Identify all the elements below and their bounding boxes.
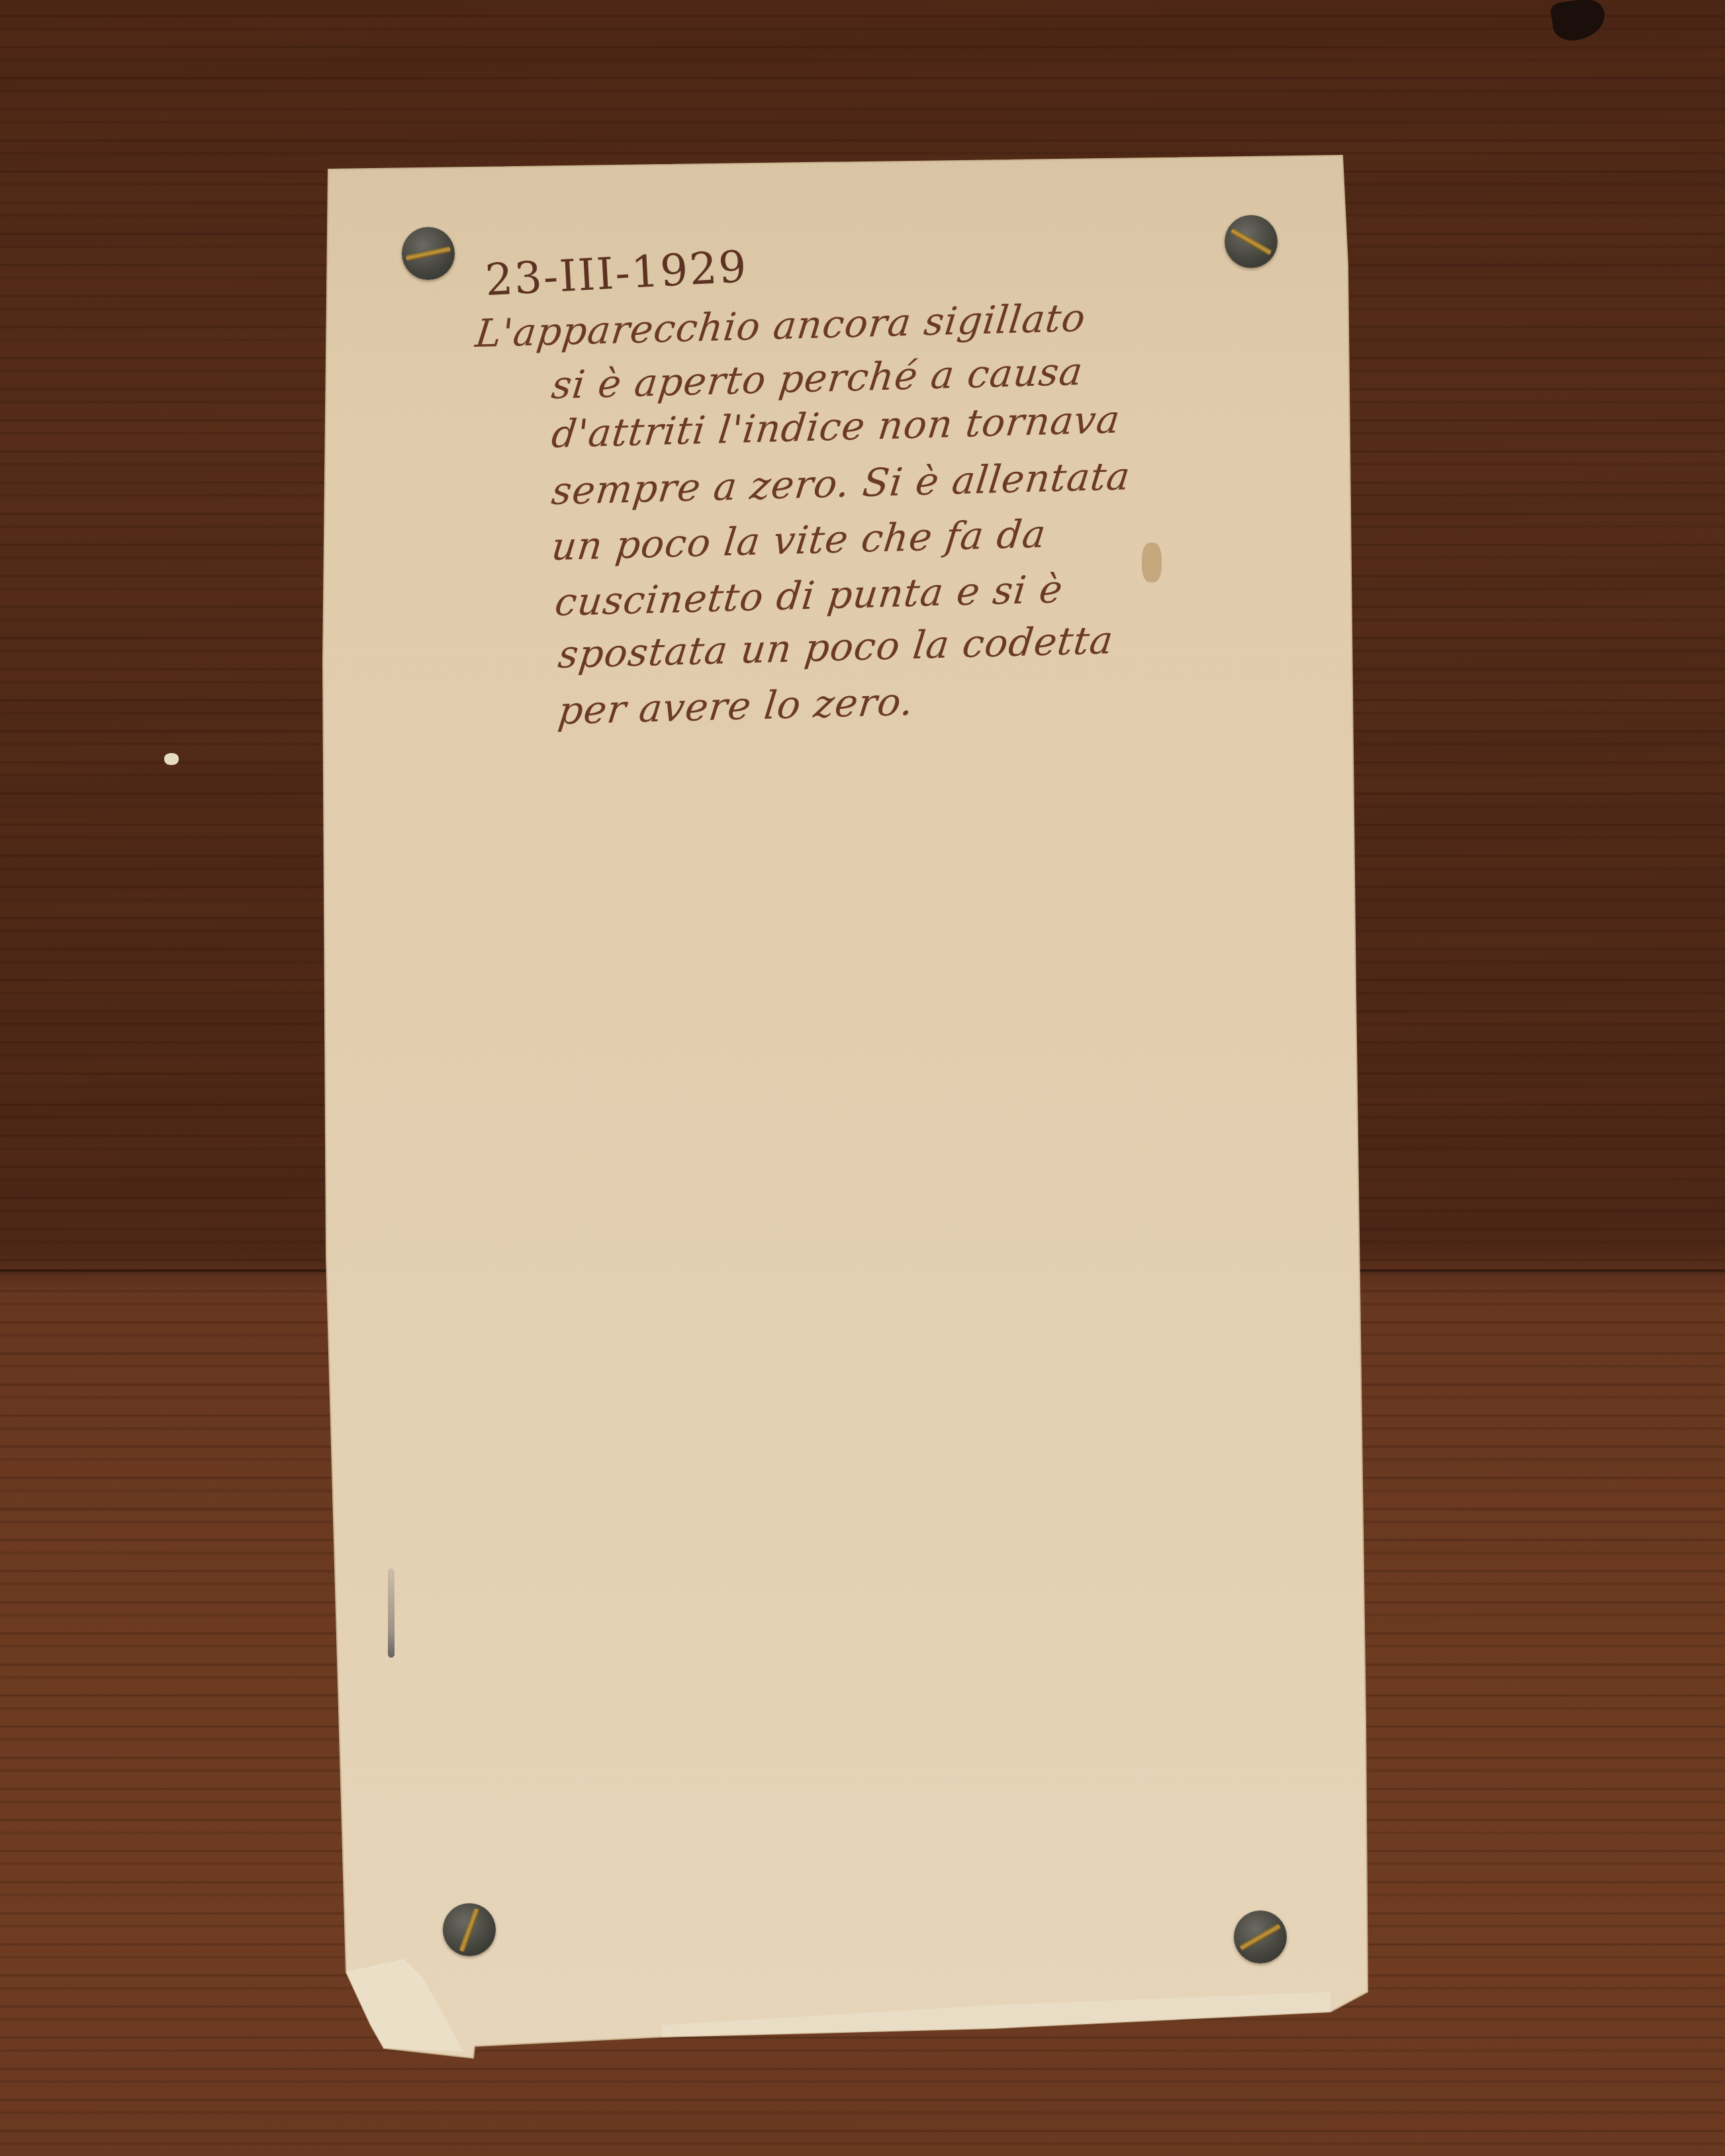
screw-bottom-left: [443, 1903, 496, 1956]
pencil-mark: [388, 1568, 395, 1658]
screw-slot-icon: [459, 1908, 480, 1952]
note-line-8: per avere lo zero.: [556, 679, 916, 733]
screw-slot-icon: [1230, 228, 1272, 256]
screw-slot-icon: [406, 246, 451, 261]
screw-top-right: [1225, 215, 1278, 268]
screw-bottom-right: [1234, 1910, 1287, 1963]
paper-stain: [1142, 543, 1162, 582]
screw-slot-icon: [1239, 1924, 1281, 1952]
screw-top-left: [402, 227, 455, 280]
